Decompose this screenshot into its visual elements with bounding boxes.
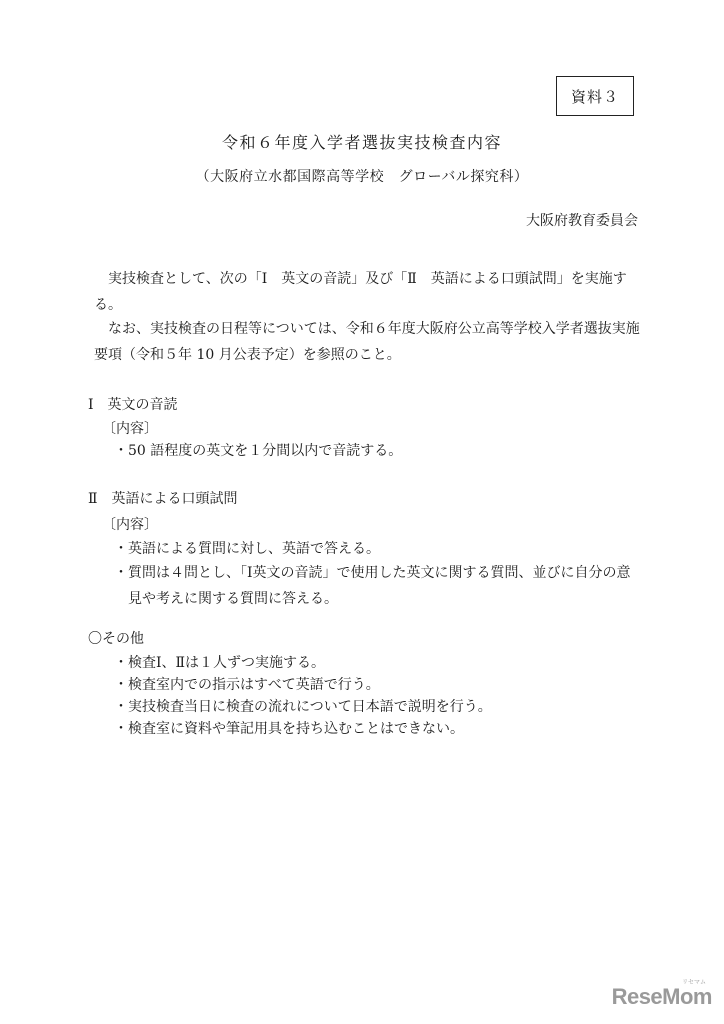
list-item: ・質問は４問とし、「Ⅰ英文の音読」で使用した英文に関する質問、並びに自分の意見や… [114,560,644,612]
list-item: ・英語による質問に対し、英語で答える。 [114,536,644,562]
section-heading-oral-exam: Ⅱ 英語による口頭試問 [88,488,238,508]
intro-paragraph-2: なお、実技検査の日程等については、令和６年度大阪府公立高等学校入学者選抜実施要項… [94,316,640,368]
section-sublabel-content: 〔内容〕 [102,418,158,438]
section-heading-reading: Ⅰ 英文の音読 [88,394,178,414]
section-heading-other: 〇その他 [88,628,144,648]
list-item: ・50 語程度の英文を１分間以内で音読する。 [114,438,644,464]
issuer: 大阪府教育委員会 [526,210,638,230]
document-label: 資料３ [571,86,619,107]
list-item: ・検査室に資料や筆記用具を持ち込むことはできない。 [114,716,644,742]
section-sublabel-content: 〔内容〕 [102,514,158,534]
document-title: 令和６年度入学者選抜実技検査内容 [0,130,724,153]
document-page: 資料３ 令和６年度入学者選抜実技検査内容 （大阪府立水都国際高等学校 グローバル… [0,0,724,1024]
document-label-box: 資料３ [556,76,634,116]
resemom-logo: ReseMom [612,984,712,1010]
document-subtitle: （大阪府立水都国際高等学校 グローバル探究科） [0,166,724,186]
intro-paragraph-1: 実技検査として、次の「Ⅰ 英文の音読」及び「Ⅱ 英語による口頭試問」を実施する。 [94,266,640,318]
